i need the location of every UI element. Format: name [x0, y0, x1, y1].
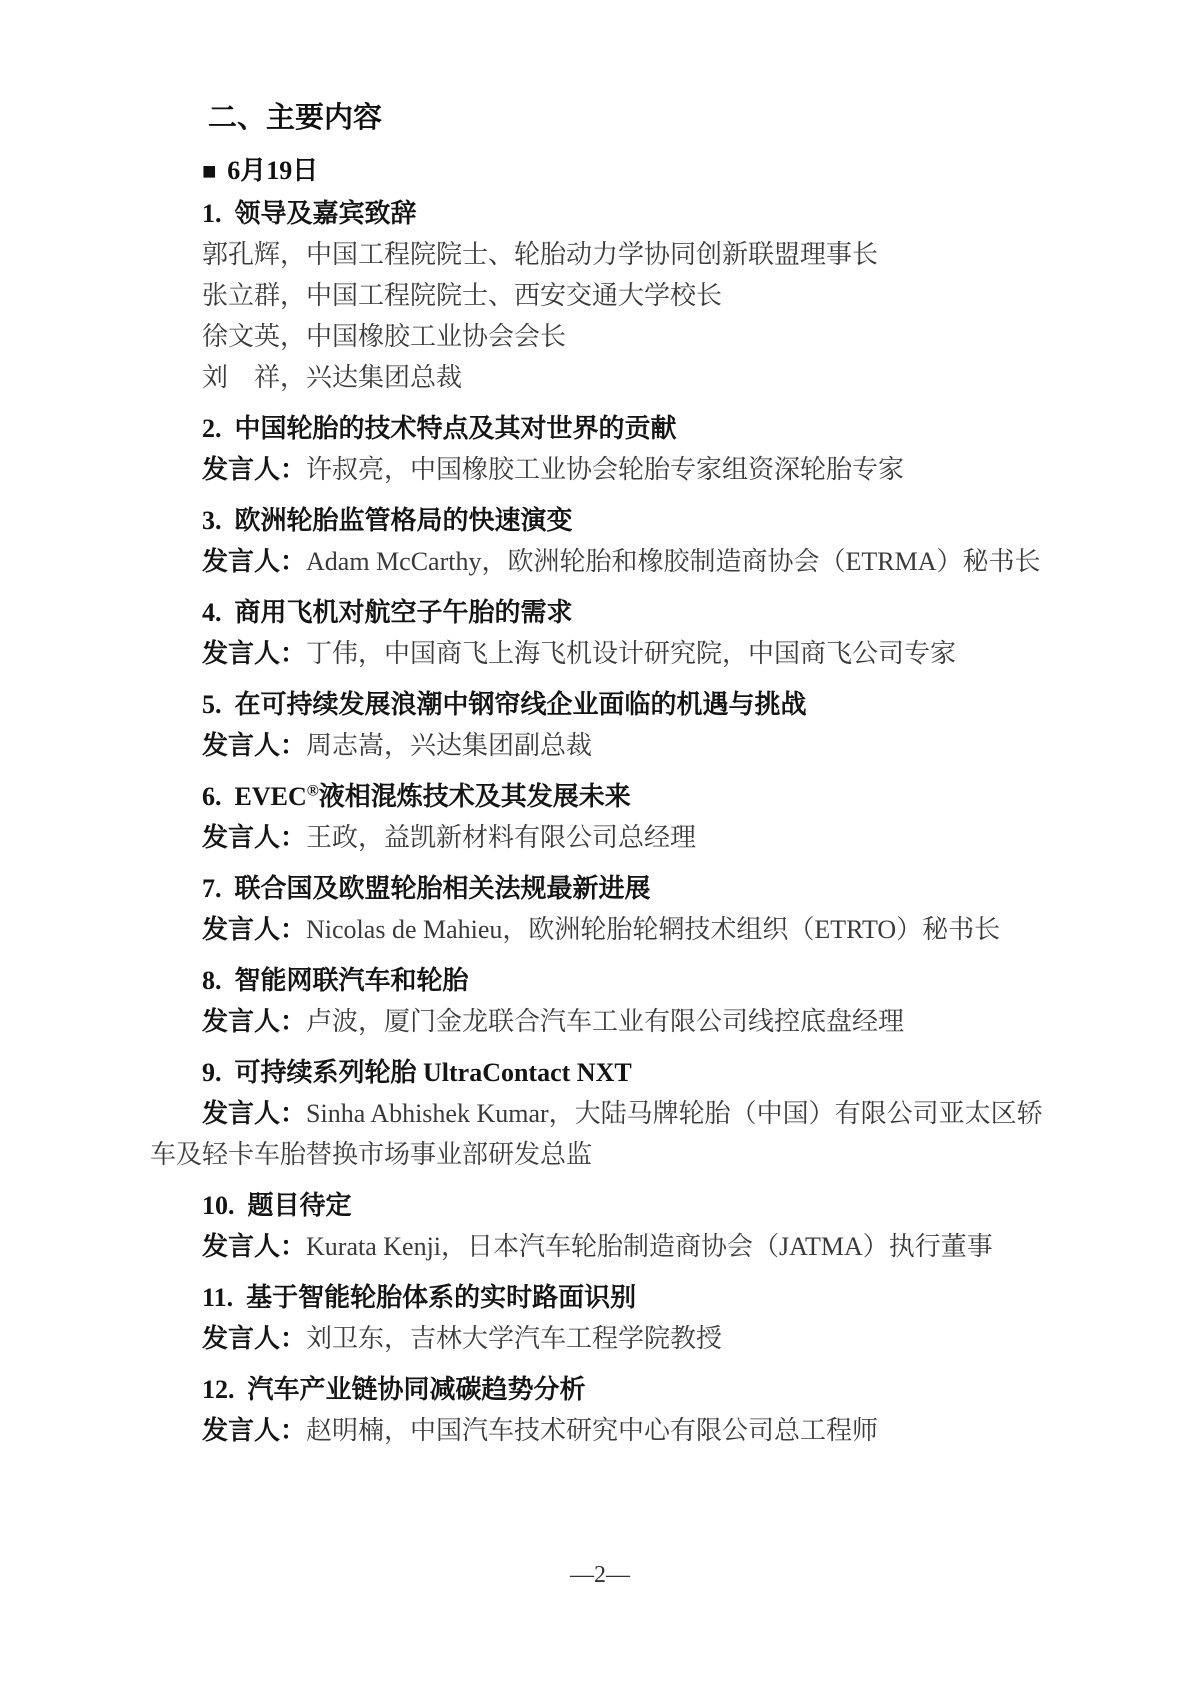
- speaker-line: 发言人：Kurata Kenji，日本汽车轮胎制造商协会（JATMA）执行董事: [150, 1226, 1055, 1267]
- speaker-line: 发言人：卢波，厦门金龙联合汽车工业有限公司线控底盘经理: [150, 1001, 1055, 1042]
- agenda-item-12: 12.汽车产业链协同减碳趋势分析 发言人：赵明楠，中国汽车技术研究中心有限公司总…: [150, 1369, 1055, 1451]
- speaker-line: 徐文英，中国橡胶工业协会会长: [150, 316, 1055, 357]
- speaker-line: 发言人：Adam McCarthy，欧洲轮胎和橡胶制造商协会（ETRMA）秘书长: [150, 541, 1055, 582]
- square-bullet-icon: ■: [202, 159, 217, 185]
- agenda-item-8: 8.智能网联汽车和轮胎 发言人：卢波，厦门金龙联合汽车工业有限公司线控底盘经理: [150, 960, 1055, 1042]
- item-title-line: 7.联合国及欧盟轮胎相关法规最新进展: [150, 868, 1055, 909]
- item-title: 商用飞机对航空子午胎的需求: [235, 598, 573, 627]
- agenda-item-4: 4.商用飞机对航空子午胎的需求 发言人：丁伟，中国商飞上海飞机设计研究院，中国商…: [150, 592, 1055, 674]
- speaker-name: Kurata Kenji，日本汽车轮胎制造商协会（JATMA）执行董事: [306, 1232, 993, 1261]
- item-number: 8.: [202, 966, 222, 995]
- speaker-name: 许叔亮，中国橡胶工业协会轮胎专家组资深轮胎专家: [306, 455, 904, 484]
- page-number: —2—: [570, 1562, 630, 1588]
- speaker-name: 丁伟，中国商飞上海飞机设计研究院，中国商飞公司专家: [306, 639, 956, 668]
- speaker-line: 刘 祥，兴达集团总裁: [150, 357, 1055, 398]
- agenda-item-9: 9.可持续系列轮胎 UltraContact NXT 发言人：Sinha Abh…: [150, 1052, 1055, 1175]
- page-footer: —2—: [0, 1562, 1200, 1589]
- item-number: 3.: [202, 506, 222, 535]
- item-title-evec: EVEC: [235, 782, 307, 811]
- item-number: 7.: [202, 874, 222, 903]
- item-number: 12.: [202, 1375, 235, 1404]
- speaker-line: 发言人：赵明楠，中国汽车技术研究中心有限公司总工程师: [150, 1410, 1055, 1451]
- item-number: 1.: [202, 199, 222, 228]
- document-page: 二、主要内容 ■6月19日 1.领导及嘉宾致辞 郭孔辉，中国工程院院士、轮胎动力…: [0, 0, 1200, 1696]
- speaker-name: Nicolas de Mahieu，欧洲轮胎轮辋技术组织（ETRTO）秘书长: [306, 915, 1000, 944]
- item-title-line: 3.欧洲轮胎监管格局的快速演变: [150, 500, 1055, 541]
- section-title: 二、主要内容: [150, 96, 1055, 140]
- speaker-label: 发言人：: [202, 639, 306, 668]
- speaker-line: 发言人：Nicolas de Mahieu，欧洲轮胎轮辋技术组织（ETRTO）秘…: [150, 909, 1055, 950]
- item-title: 在可持续发展浪潮中钢帘线企业面临的机遇与挑战: [235, 690, 807, 719]
- speaker-label: 发言人：: [202, 455, 306, 484]
- agenda-item-6: 6.EVEC®液相混炼技术及其发展未来 发言人：王政，益凯新材料有限公司总经理: [150, 776, 1055, 858]
- item-title: 领导及嘉宾致辞: [235, 199, 417, 228]
- item-title: 可持续系列轮胎 UltraContact NXT: [235, 1058, 632, 1087]
- item-title-line: 5.在可持续发展浪潮中钢帘线企业面临的机遇与挑战: [150, 684, 1055, 725]
- speaker-name: 卢波，厦门金龙联合汽车工业有限公司线控底盘经理: [306, 1007, 904, 1036]
- speaker-line: 发言人：丁伟，中国商飞上海飞机设计研究院，中国商飞公司专家: [150, 633, 1055, 674]
- registered-trademark-symbol: ®: [307, 782, 319, 799]
- speaker-label: 发言人：: [202, 1416, 306, 1445]
- speaker-line: 发言人：王政，益凯新材料有限公司总经理: [150, 817, 1055, 858]
- speaker-name: 赵明楠，中国汽车技术研究中心有限公司总工程师: [306, 1416, 878, 1445]
- agenda-item-5: 5.在可持续发展浪潮中钢帘线企业面临的机遇与挑战 发言人：周志嵩，兴达集团副总裁: [150, 684, 1055, 766]
- item-title-line: 2.中国轮胎的技术特点及其对世界的贡献: [150, 408, 1055, 449]
- item-title: 智能网联汽车和轮胎: [235, 966, 469, 995]
- item-title: 汽车产业链协同减碳趋势分析: [248, 1375, 586, 1404]
- item-number: 4.: [202, 598, 222, 627]
- speaker-line: 发言人：周志嵩，兴达集团副总裁: [150, 725, 1055, 766]
- speaker-label: 发言人：: [202, 1099, 306, 1128]
- speaker-line: 发言人：Sinha Abhishek Kumar，大陆马牌轮胎（中国）有限公司亚…: [150, 1093, 1055, 1175]
- item-title-line: 6.EVEC®液相混炼技术及其发展未来: [150, 776, 1055, 817]
- item-title: 液相混炼技术及其发展未来: [319, 782, 631, 811]
- speaker-name: 周志嵩，兴达集团副总裁: [306, 731, 592, 760]
- item-number: 6.: [202, 782, 222, 811]
- speaker-label: 发言人：: [202, 1324, 306, 1353]
- speaker-name: 刘卫东，吉林大学汽车工程学院教授: [306, 1324, 722, 1353]
- speaker-name: 王政，益凯新材料有限公司总经理: [306, 823, 696, 852]
- item-title-line: 4.商用飞机对航空子午胎的需求: [150, 592, 1055, 633]
- item-title: 基于智能轮胎体系的实时路面识别: [246, 1283, 636, 1312]
- speaker-label: 发言人：: [202, 1232, 306, 1261]
- item-number: 10.: [202, 1191, 235, 1220]
- item-title: 欧洲轮胎监管格局的快速演变: [235, 506, 573, 535]
- item-number: 2.: [202, 414, 222, 443]
- agenda-item-2: 2.中国轮胎的技术特点及其对世界的贡献 发言人：许叔亮，中国橡胶工业协会轮胎专家…: [150, 408, 1055, 490]
- item-number: 5.: [202, 690, 222, 719]
- item-title: 联合国及欧盟轮胎相关法规最新进展: [235, 874, 651, 903]
- speaker-name: Adam McCarthy，欧洲轮胎和橡胶制造商协会（ETRMA）秘书长: [306, 547, 1040, 576]
- item-number: 9.: [202, 1058, 222, 1087]
- item-number: 11.: [202, 1283, 233, 1312]
- item-title-line: 9.可持续系列轮胎 UltraContact NXT: [150, 1052, 1055, 1093]
- date-heading-text: 6月19日: [227, 156, 318, 185]
- item-title-line: 11.基于智能轮胎体系的实时路面识别: [150, 1277, 1055, 1318]
- item-title: 题目待定: [248, 1191, 352, 1220]
- speaker-label: 发言人：: [202, 823, 306, 852]
- agenda-item-10: 10.题目待定 发言人：Kurata Kenji，日本汽车轮胎制造商协会（JAT…: [150, 1185, 1055, 1267]
- speaker-line: 张立群，中国工程院院士、西安交通大学校长: [150, 275, 1055, 316]
- agenda-item-1: 1.领导及嘉宾致辞 郭孔辉，中国工程院院士、轮胎动力学协同创新联盟理事长 张立群…: [150, 193, 1055, 398]
- speaker-line: 发言人：刘卫东，吉林大学汽车工程学院教授: [150, 1318, 1055, 1359]
- speaker-label: 发言人：: [202, 731, 306, 760]
- item-title-line: 1.领导及嘉宾致辞: [150, 193, 1055, 234]
- agenda-item-7: 7.联合国及欧盟轮胎相关法规最新进展 发言人：Nicolas de Mahieu…: [150, 868, 1055, 950]
- speaker-label: 发言人：: [202, 1007, 306, 1036]
- date-heading: ■6月19日: [150, 150, 1055, 193]
- speaker-label: 发言人：: [202, 547, 306, 576]
- agenda-item-3: 3.欧洲轮胎监管格局的快速演变 发言人：Adam McCarthy，欧洲轮胎和橡…: [150, 500, 1055, 582]
- agenda-item-11: 11.基于智能轮胎体系的实时路面识别 发言人：刘卫东，吉林大学汽车工程学院教授: [150, 1277, 1055, 1359]
- speaker-label: 发言人：: [202, 915, 306, 944]
- item-title-line: 10.题目待定: [150, 1185, 1055, 1226]
- item-title: 中国轮胎的技术特点及其对世界的贡献: [235, 414, 677, 443]
- item-title-line: 12.汽车产业链协同减碳趋势分析: [150, 1369, 1055, 1410]
- speaker-line: 发言人：许叔亮，中国橡胶工业协会轮胎专家组资深轮胎专家: [150, 449, 1055, 490]
- item-title-line: 8.智能网联汽车和轮胎: [150, 960, 1055, 1001]
- speaker-line: 郭孔辉，中国工程院院士、轮胎动力学协同创新联盟理事长: [150, 234, 1055, 275]
